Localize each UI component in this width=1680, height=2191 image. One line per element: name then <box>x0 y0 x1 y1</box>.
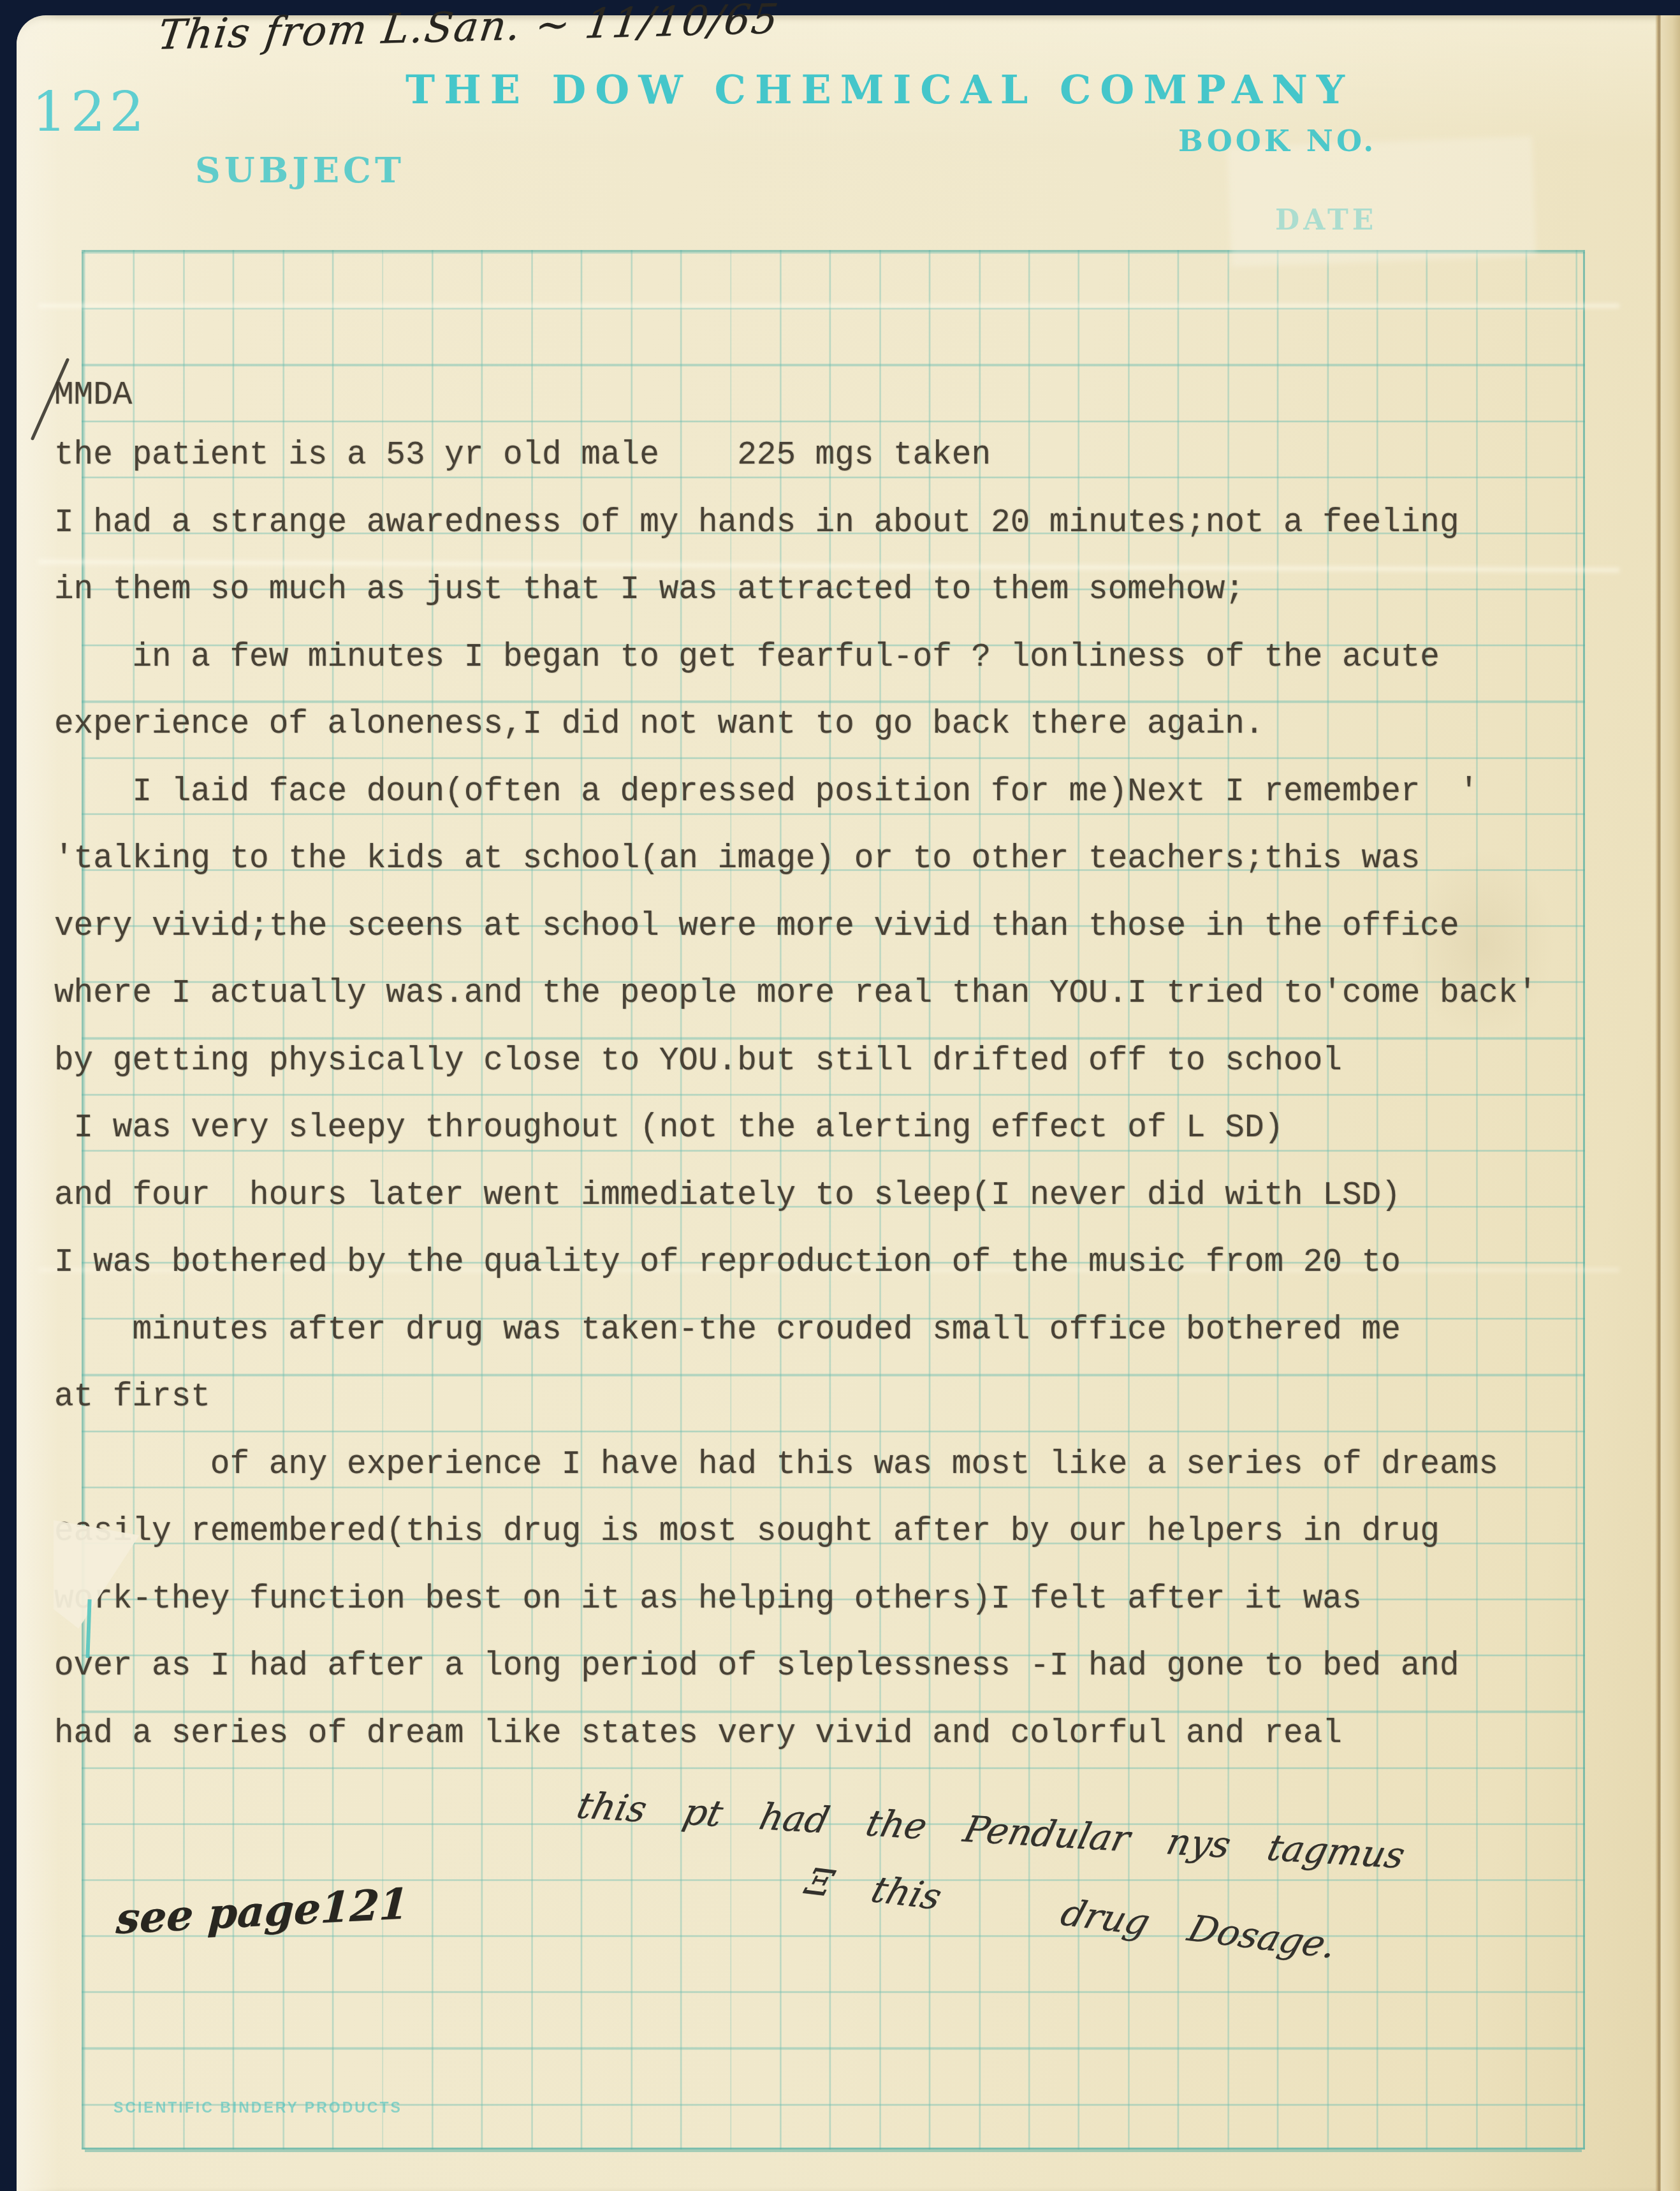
typed-line: and four hours later went immediately to… <box>54 1162 1537 1230</box>
company-header: THE DOW CHEMICAL COMPANY <box>405 66 1354 113</box>
typed-line: in them so much as just that I was attra… <box>54 557 1537 624</box>
typed-line: 'talking to the kids at school(an image)… <box>54 826 1537 893</box>
paper-crease <box>38 304 1619 308</box>
typed-line: the patient is a 53 yr old male 225 mgs … <box>54 422 1537 490</box>
typed-line: I laid face doun(often a depressed posit… <box>54 759 1537 826</box>
bindery-stamp: SCIENTIFIC BINDERY PRODUCTS <box>113 2099 402 2116</box>
page-left-edge-highlight <box>17 15 59 2191</box>
typed-line: I had a strange awaredness of my hands i… <box>54 490 1537 557</box>
typed-line: experience of aloneness,I did not want t… <box>54 691 1537 759</box>
date-label: DATE <box>1275 204 1377 237</box>
typed-line: work-they function best on it as helping… <box>54 1566 1537 1634</box>
typed-line: easily remembered(this drug is most soug… <box>54 1499 1537 1566</box>
typed-line: I was bothered by the quality of reprodu… <box>54 1229 1537 1297</box>
page-right-edge <box>1655 15 1661 2191</box>
typed-line: in a few minutes I began to get fearful-… <box>54 624 1537 692</box>
typed-lines: the patient is a 53 yr old male 225 mgs … <box>54 422 1537 1768</box>
typed-line: of any experience I have had this was mo… <box>54 1432 1537 1499</box>
typed-line: had a series of dream like states very v… <box>54 1701 1537 1768</box>
typed-line: where I actually was.and the people more… <box>54 960 1537 1028</box>
subject-label: SUBJECT <box>195 149 405 191</box>
page-number: 122 <box>32 80 148 144</box>
typed-line: very vivid;the sceens at school were mor… <box>54 893 1537 961</box>
scanned-notebook-page: { "header": { "handwritten_note": "This … <box>0 0 1680 2191</box>
underlying-pages-edge <box>1661 15 1680 2191</box>
typed-heading-mmda: MMDA <box>54 377 132 414</box>
typed-line: at first <box>54 1364 1537 1432</box>
book-no-label: BOOK NO. <box>1178 124 1377 158</box>
typed-line: minutes after drug was taken-the crouded… <box>54 1297 1537 1365</box>
typed-line: I was very sleepy throughout (not the al… <box>54 1095 1537 1162</box>
typed-line: by getting physically close to YOU.but s… <box>54 1028 1537 1095</box>
typed-line: over as I had after a long period of sle… <box>54 1633 1537 1701</box>
